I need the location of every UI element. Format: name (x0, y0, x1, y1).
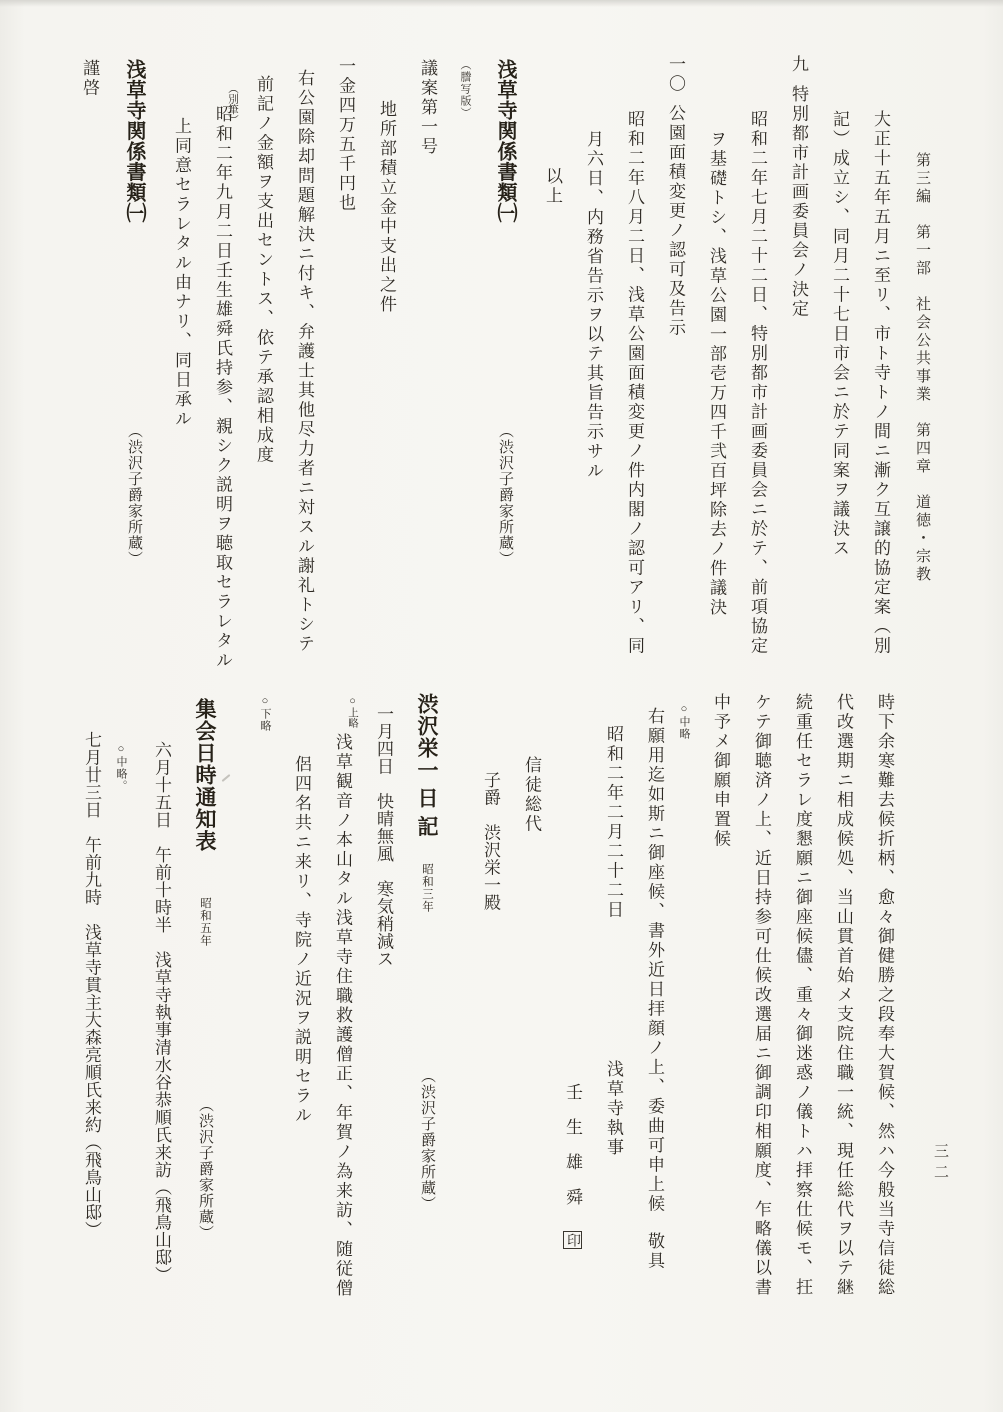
notice-title-line: 集会日時通知表昭和五年（渋沢子爵家所蔵） (192, 693, 218, 1343)
document-title-text: 浅草寺関係書類㈠ (494, 59, 516, 223)
item-number: 一〇 (666, 55, 685, 94)
diary-year: 昭和三年 (421, 863, 433, 913)
letter-date-line: 昭和二年二月二十二日浅草寺執事 (603, 693, 624, 1343)
omission-note: ○中略 (677, 693, 690, 1343)
running-head: 第三編 第一部 社会公共事業 第四章 道徳・宗教 (911, 55, 933, 705)
diary-date-line: 一月四日 快晴無風 寒気稍減ス (373, 693, 394, 1343)
body-line: 上同意セラレタル由ナリ、同日承ル (171, 55, 192, 705)
addendum-line: （別筆）昭和二年九月二日壬生雄舜氏持参、親シク説明ヲ聴取セラレタル (212, 55, 233, 705)
document-title: 浅草寺関係書類㈠（渋沢子爵家所蔵） (120, 55, 147, 705)
body-line: 月六日、内務省告示ヲ以テ其旨告示サル (583, 55, 604, 705)
diary-title-line: 渋沢栄一 日 記昭和三年（渋沢子爵家所蔵） (414, 693, 440, 1343)
closing-mark: 以上 (542, 55, 563, 705)
marginal-note: （別筆） (226, 83, 238, 125)
notice-title: 集会日時通知表 (193, 698, 217, 852)
item-10-line: 一〇公園面積変更ノ認可及告示 (665, 55, 686, 705)
letter-closing: 敬具 (645, 1232, 664, 1271)
body-line: 前記ノ金額ヲ支出セントス、依テ承認相成度 (253, 55, 274, 705)
source-note: （渋沢子爵家所蔵） (419, 1068, 435, 1212)
item-number: 九 (789, 55, 808, 75)
body-line: 昭和二年八月二日、浅草公園面積変更ノ件内閣ノ認可アリ、同 (624, 55, 645, 705)
body-line: 昭和二年七月二十二日、特別都市計画委員会ニ於テ、前項協定 (747, 55, 768, 705)
source-note: （渋沢子爵家所蔵） (497, 423, 513, 567)
letter-line: 中予メ御願申置候 (710, 693, 731, 1343)
letter-line: 続重任セラレ度懇願ニ御座候儘、重々御迷惑ノ儀トハ拝察仕候モ、抂 (792, 693, 813, 1343)
body-line: 記）成立シ、同月二十七日市会ニ於テ同案ヲ議決ス (829, 55, 850, 705)
letter-line: 時下余寒難去候折柄、愈々御健勝之段奉大賀候、然ハ今般当寺信徒総 (874, 693, 895, 1343)
notice-entry-line: 七月廿三日 午前九時 浅草寺貫主大森亮順氏来約（飛鳥山邸） (81, 693, 102, 1343)
diary-entry-line: 侶四名共ニ来リ、寺院ノ近況ヲ説明セラル (291, 693, 312, 1343)
proposal-number: 議案第一号 (417, 55, 438, 705)
item-9-line: 九特別都市計画委員会ノ決定 (788, 55, 809, 705)
sender-name: 壬生雄舜 (563, 1083, 582, 1223)
omission-note: ○下略 (258, 693, 271, 1343)
letter-line: ケテ御聴済ノ上、近日持参可仕候改選届ニ御調印相願度、乍略儀以書 (751, 693, 772, 1343)
omission-note: ○上略 (346, 696, 358, 728)
body-line: 大正十五年五月ニ至リ、市ト寺トノ間ニ漸ク互譲的協定案（別 (870, 55, 891, 705)
diary-title: 渋沢栄一 日 記 (415, 693, 439, 838)
recipient-role: 信徒総代 (521, 693, 542, 1343)
top-section: 第三編 第一部 社会公共事業 第四章 道徳・宗教 大正十五年五月ニ至リ、市ト寺ト… (59, 55, 933, 705)
letter-line: 右願用迄如斯ニ御座候、書外近日拝顔ノ上、委曲可申上候敬具 (644, 693, 665, 1343)
proposal-amount: 一金四万五千円也 (335, 55, 356, 705)
item-title: 特別都市計画委員会ノ決定 (789, 85, 808, 319)
document-title-text: 浅草寺関係書類㈠ (123, 59, 145, 223)
recipient-name: 子爵 渋沢栄一殿 (480, 693, 501, 1343)
omission-note: ○中略。 (114, 693, 127, 1343)
letter-line: 代改選期ニ相成候処、当山貫首始メ支院住職一統、現任総代ヲ以テ継 (833, 693, 854, 1343)
letter-date: 昭和二年二月二十二日 (604, 725, 623, 920)
letter-text: 右願用迄如斯ニ御座候、書外近日拝顔ノ上、委曲可申上候 (645, 707, 664, 1214)
item-title: 公園面積変更ノ認可及告示 (666, 104, 685, 338)
source-note: （渋沢子爵家所蔵） (126, 423, 142, 567)
body-line: 右公園除却問題解決ニ付キ、弁護士其他尽力者ニ対スル謝礼トシテ (294, 55, 315, 705)
seal-mark: 印 (563, 1231, 582, 1249)
document-title: 浅草寺関係書類㈠（渋沢子爵家所蔵） (491, 55, 518, 705)
scan-edge-shadow (0, 0, 1003, 7)
notice-entry-line: 六月十五日 午前十時半 浅草寺執事清水谷恭順氏来訪（飛鳥山邸） (151, 693, 172, 1343)
sender-title: 浅草寺執事 (604, 1060, 623, 1158)
page-number: 三二 (930, 1143, 951, 1185)
copy-note: （謄写版） (458, 55, 471, 705)
notice-year: 昭和五年 (199, 897, 211, 947)
diary-entry-line: ○上略浅草観音ノ本山タル浅草寺住職救護僧正、年賀ノ為来訪、随従僧 (332, 693, 353, 1343)
diary-text: 浅草観音ノ本山タル浅草寺住職救護僧正、年賀ノ為来訪、随従僧 (333, 733, 352, 1299)
bottom-section: 時下余寒難去候折柄、愈々御健勝之段奉大賀候、然ハ今般当寺信徒総 代改選期ニ相成候… (61, 693, 895, 1343)
scanned-page: 第三編 第一部 社会公共事業 第四章 道徳・宗教 大正十五年五月ニ至リ、市ト寺ト… (0, 0, 1003, 1412)
source-note: （渋沢子爵家所蔵） (197, 1097, 213, 1241)
proposal-subject: 地所部積立金中支出之件 (376, 55, 397, 705)
salutation: 謹啓 (79, 55, 100, 705)
sender-name-line: 壬生雄舜印 (562, 693, 583, 1343)
addendum-text: 昭和二年九月二日壬生雄舜氏持参、親シク説明ヲ聴取セラレタル (213, 105, 232, 671)
body-line: ヲ基礎トシ、浅草公園一部壱万四千弐百坪除去ノ件議決 (706, 55, 727, 705)
